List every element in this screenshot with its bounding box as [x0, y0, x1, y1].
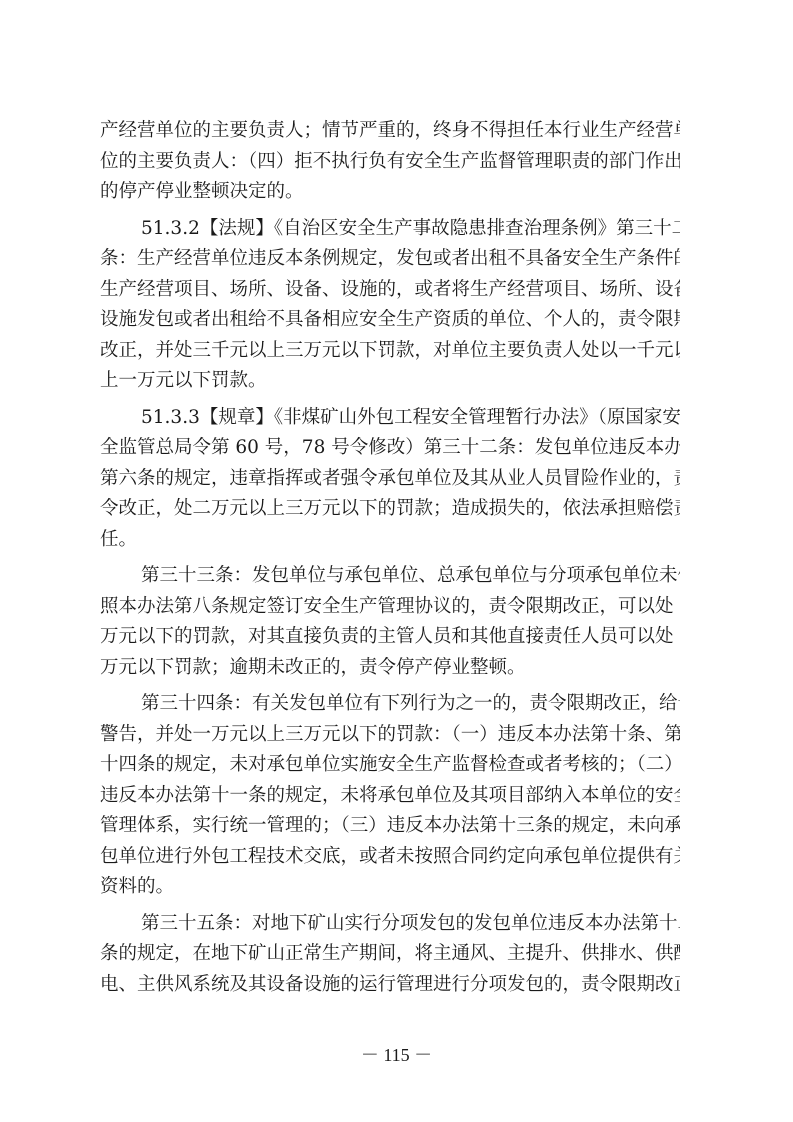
text-line: 改正，并处三千元以上三万元以下罚款，对单位主要负责人处以一千元以	[100, 336, 680, 367]
document-body: 产经营单位的主要负责人；情节严重的，终身不得担任本行业生产经营单 位的主要负责人…	[100, 116, 680, 1006]
text-line: 条：生产经营单位违反本条例规定，发包或者出租不具备安全生产条件的	[100, 244, 680, 275]
text-line: 管理体系，实行统一管理的；（三）违反本办法第十三条的规定，未向承	[100, 811, 680, 842]
paragraph-penalty-continuation: 产经营单位的主要负责人；情节严重的，终身不得担任本行业生产经营单 位的主要负责人…	[100, 116, 680, 208]
text-line: 第六条的规定，违章指挥或者强令承包单位及其从业人员冒险作业的，责	[100, 464, 680, 495]
text-line: 第三十三条：发包单位与承包单位、总承包单位与分项承包单位未依	[100, 561, 680, 592]
text-line: 第三十四条：有关发包单位有下列行为之一的，责令限期改正，给予	[100, 689, 680, 720]
text-line: 万元以下罚款；逾期未改正的，责令停产停业整顿。	[100, 653, 680, 684]
paragraph-article-33: 第三十三条：发包单位与承包单位、总承包单位与分项承包单位未依 照本办法第八条规定…	[100, 561, 680, 683]
text-line: 生产经营项目、场所、设备、设施的，或者将生产经营项目、场所、设备、	[100, 275, 680, 306]
text-line: 资料的。	[100, 872, 680, 903]
paragraph-51-3-3-rule: 51.3.3【规章】《非煤矿山外包工程安全管理暂行办法》（原国家安 全监管总局令…	[100, 403, 680, 556]
text-line: 51.3.2【法规】《自治区安全生产事故隐患排查治理条例》第三十二	[100, 214, 680, 245]
text-line: 警告，并处一万元以上三万元以下的罚款：（一）违反本办法第十条、第	[100, 720, 680, 751]
text-line: 违反本办法第十一条的规定，未将承包单位及其项目部纳入本单位的安全	[100, 781, 680, 812]
text-line: 全监管总局令第 60 号，78 号令修改）第三十二条：发包单位违反本办法	[100, 433, 680, 464]
text-line: 51.3.3【规章】《非煤矿山外包工程安全管理暂行办法》（原国家安	[100, 403, 680, 434]
document-page: 产经营单位的主要负责人；情节严重的，终身不得担任本行业生产经营单 位的主要负责人…	[0, 0, 793, 1122]
text-line: 万元以下的罚款，对其直接负责的主管人员和其他直接责任人员可以处 1	[100, 622, 680, 653]
paragraph-article-34: 第三十四条：有关发包单位有下列行为之一的，责令限期改正，给予 警告，并处一万元以…	[100, 689, 680, 903]
text-line: 位的主要负责人：（四）拒不执行负有安全生产监督管理职责的部门作出	[100, 147, 680, 178]
text-line: 第三十五条：对地下矿山实行分项发包的发包单位违反本办法第十二	[100, 909, 680, 940]
text-line: 产经营单位的主要负责人；情节严重的，终身不得担任本行业生产经营单	[100, 116, 680, 147]
text-line: 条的规定，在地下矿山正常生产期间，将主通风、主提升、供排水、供配	[100, 939, 680, 970]
text-line: 照本办法第八条规定签订安全生产管理协议的，责令限期改正，可以处 5	[100, 592, 680, 623]
text-line: 令改正，处二万元以上三万元以下的罚款；造成损失的，依法承担赔偿责	[100, 494, 680, 525]
text-line: 电、主供风系统及其设备设施的运行管理进行分项发包的，责令限期改正，	[100, 970, 680, 1001]
page-number: － 115 －	[0, 1043, 793, 1067]
text-line: 设施发包或者出租给不具备相应安全生产资质的单位、个人的，责令限期	[100, 305, 680, 336]
text-line: 包单位进行外包工程技术交底，或者未按照合同约定向承包单位提供有关	[100, 842, 680, 873]
text-line: 十四条的规定，未对承包单位实施安全生产监督检查或者考核的；（二）	[100, 750, 680, 781]
paragraph-article-35: 第三十五条：对地下矿山实行分项发包的发包单位违反本办法第十二 条的规定，在地下矿…	[100, 909, 680, 1001]
paragraph-51-3-2-regulation: 51.3.2【法规】《自治区安全生产事故隐患排查治理条例》第三十二 条：生产经营…	[100, 214, 680, 397]
text-line: 任。	[100, 525, 680, 556]
text-line: 上一万元以下罚款。	[100, 366, 680, 397]
text-line: 的停产停业整顿决定的。	[100, 177, 680, 208]
